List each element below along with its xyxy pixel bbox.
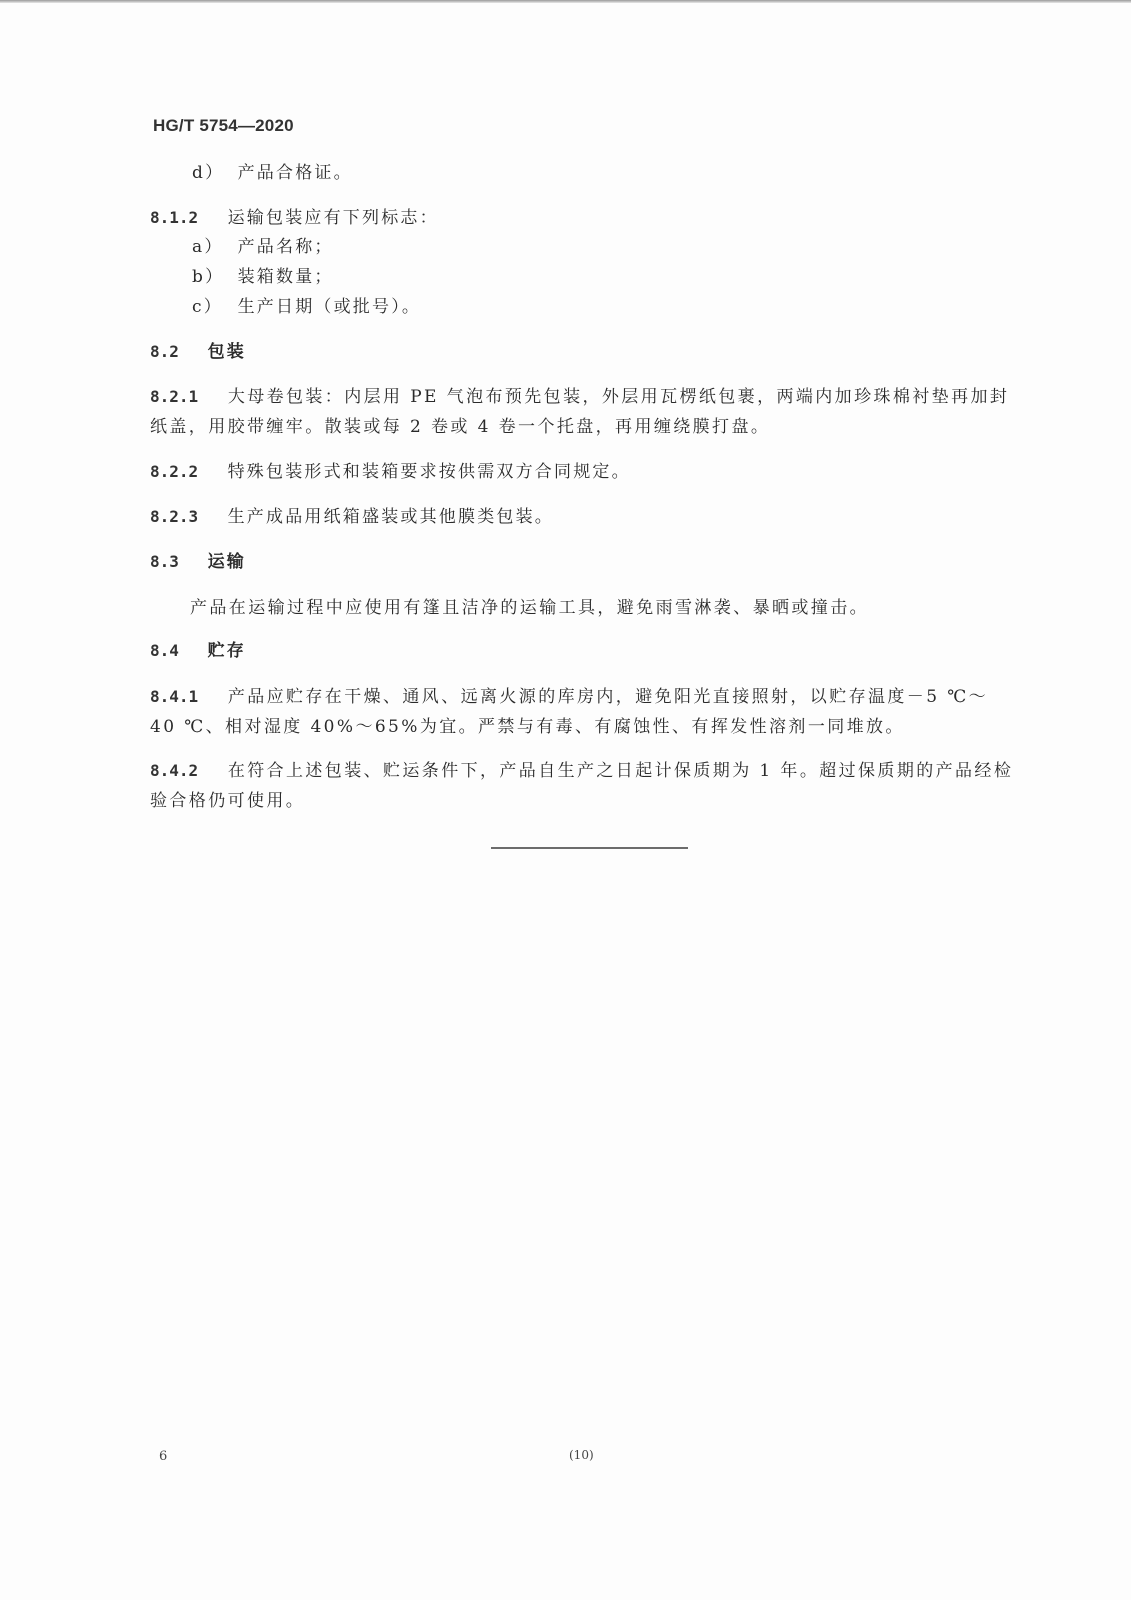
- item-label: d）: [192, 162, 230, 184]
- section-title: 运输: [208, 552, 246, 572]
- clause-text: 大母卷包装：内层用 PE 气泡布预先包装，外层用瓦楞纸包裹，两端内加珍珠棉衬垫再…: [228, 387, 1009, 407]
- clause-text: 特殊包装形式和装箱要求按供需双方合同规定。: [228, 462, 631, 482]
- clause-number: 8.1.2: [150, 207, 220, 229]
- item-text: 装箱数量；: [238, 267, 334, 287]
- list-item-c: c） 生产日期（或批号）。: [192, 296, 421, 318]
- clause-8-2-1-line-2: 纸盖，用胶带缠牢。散装或每 2 卷或 4 卷一个托盘，再用缠绕膜打盘。: [150, 416, 770, 438]
- item-text: 产品合格证。: [238, 163, 353, 183]
- section-number: 8.2: [150, 341, 200, 363]
- clause-number: 8.2.1: [150, 386, 220, 408]
- clause-8-4-2-line-1: 8.4.2 在符合上述包装、贮运条件下，产品自生产之日起计保质期为 1 年。超过…: [150, 760, 1013, 782]
- section-8-3-text: 产品在运输过程中应使用有篷且洁净的运输工具，避免雨雪淋袭、暴晒或撞击。: [190, 597, 869, 619]
- document-code: HG/T 5754—2020: [153, 116, 294, 136]
- clause-8-4-2-line-2: 验合格仍可使用。: [150, 790, 305, 812]
- clause-text: 运输包装应有下列标志：: [228, 208, 439, 228]
- item-label: c）: [192, 296, 230, 318]
- sheet-number: (10): [569, 1448, 594, 1462]
- section-heading-8-4: 8.4 贮存: [150, 640, 246, 662]
- clause-text: 产品应贮存在干燥、通风、远离火源的库房内，避免阳光直接照射，以贮存温度－5 ℃～: [228, 687, 988, 707]
- page-number: 6: [159, 1449, 167, 1464]
- clause-8-1-2: 8.1.2 运输包装应有下列标志：: [150, 207, 439, 229]
- end-rule: [491, 847, 688, 849]
- section-title: 包装: [208, 342, 246, 362]
- list-item-d: d） 产品合格证。: [192, 162, 353, 184]
- clause-8-4-1-line-1: 8.4.1 产品应贮存在干燥、通风、远离火源的库房内，避免阳光直接照射，以贮存温…: [150, 686, 988, 708]
- clause-number: 8.2.3: [150, 506, 220, 528]
- list-item-a: a） 产品名称；: [192, 236, 334, 258]
- clause-8-4-1-line-2: 40 ℃、相对湿度 40%～65%为宜。严禁与有毒、有腐蚀性、有挥发性溶剂一同堆…: [150, 716, 905, 738]
- section-number: 8.4: [150, 640, 200, 662]
- clause-number: 8.2.2: [150, 461, 220, 483]
- clause-text: 在符合上述包装、贮运条件下，产品自生产之日起计保质期为 1 年。超过保质期的产品…: [228, 761, 1013, 781]
- item-label: b）: [192, 266, 230, 288]
- section-heading-8-3: 8.3 运输: [150, 551, 246, 573]
- scan-top-edge: [0, 0, 1131, 3]
- clause-8-2-1-line-1: 8.2.1 大母卷包装：内层用 PE 气泡布预先包装，外层用瓦楞纸包裹，两端内加…: [150, 386, 1009, 408]
- section-title: 贮存: [208, 641, 246, 661]
- item-text: 产品名称；: [238, 237, 334, 257]
- clause-number: 8.4.1: [150, 686, 220, 708]
- clause-8-2-3: 8.2.3 生产成品用纸箱盛装或其他膜类包装。: [150, 506, 554, 528]
- clause-number: 8.4.2: [150, 760, 220, 782]
- section-heading-8-2: 8.2 包装: [150, 341, 246, 363]
- section-number: 8.3: [150, 551, 200, 573]
- clause-8-2-2: 8.2.2 特殊包装形式和装箱要求按供需双方合同规定。: [150, 461, 631, 483]
- clause-text: 生产成品用纸箱盛装或其他膜类包装。: [228, 507, 554, 527]
- item-text: 生产日期（或批号）。: [238, 297, 422, 317]
- item-label: a）: [192, 236, 230, 258]
- list-item-b: b） 装箱数量；: [192, 266, 334, 288]
